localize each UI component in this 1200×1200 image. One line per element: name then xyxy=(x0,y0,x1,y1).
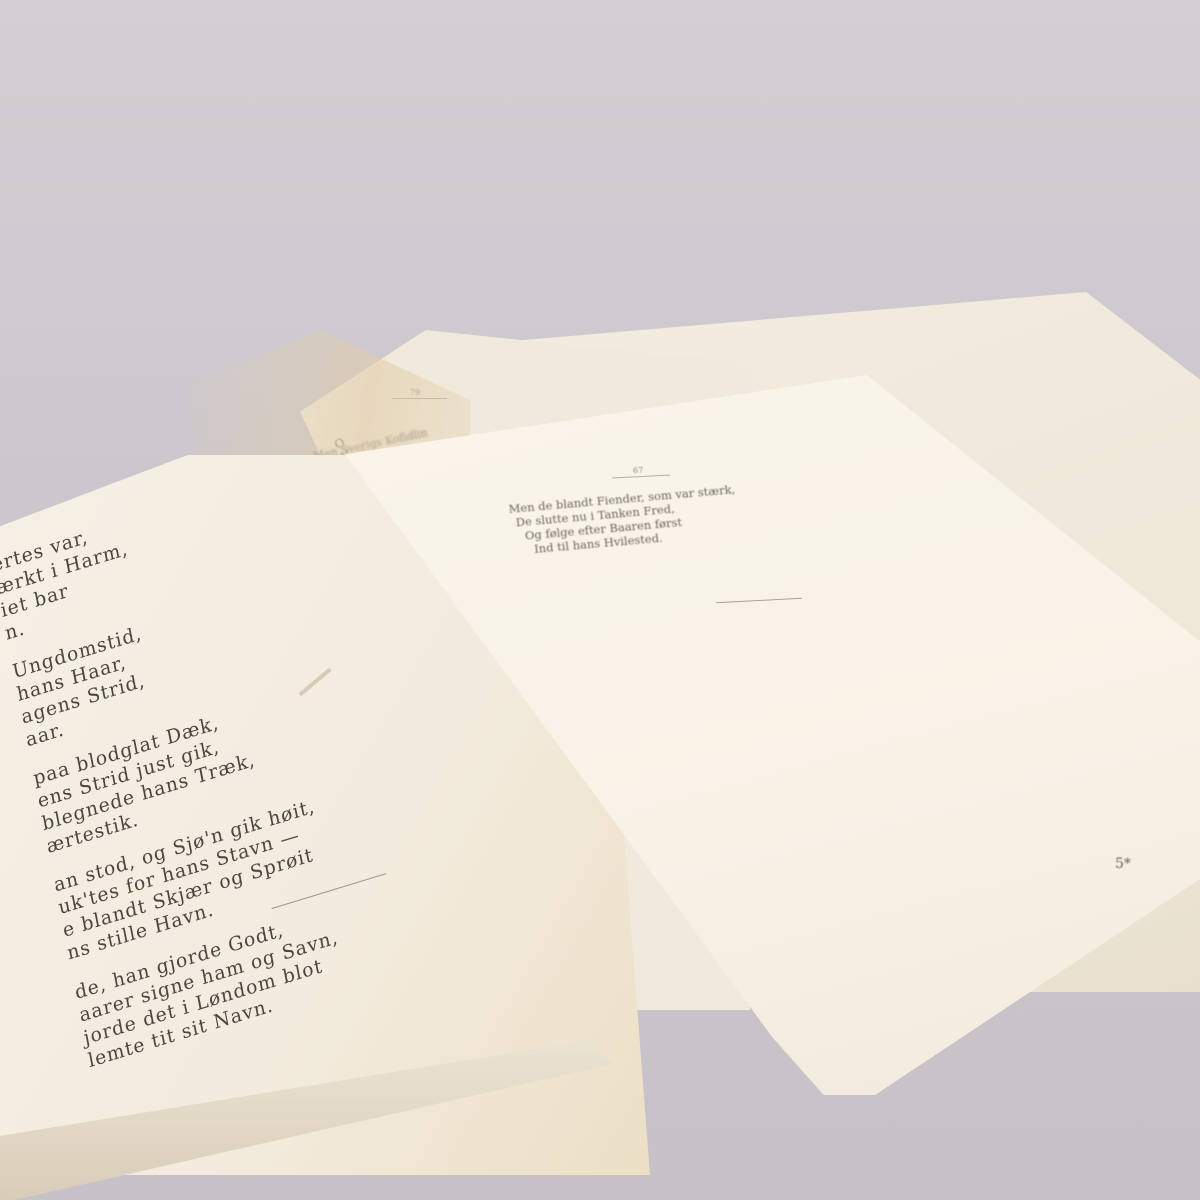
front-page-number: 67 xyxy=(633,466,643,475)
signature-mark: 5* xyxy=(1115,856,1131,872)
